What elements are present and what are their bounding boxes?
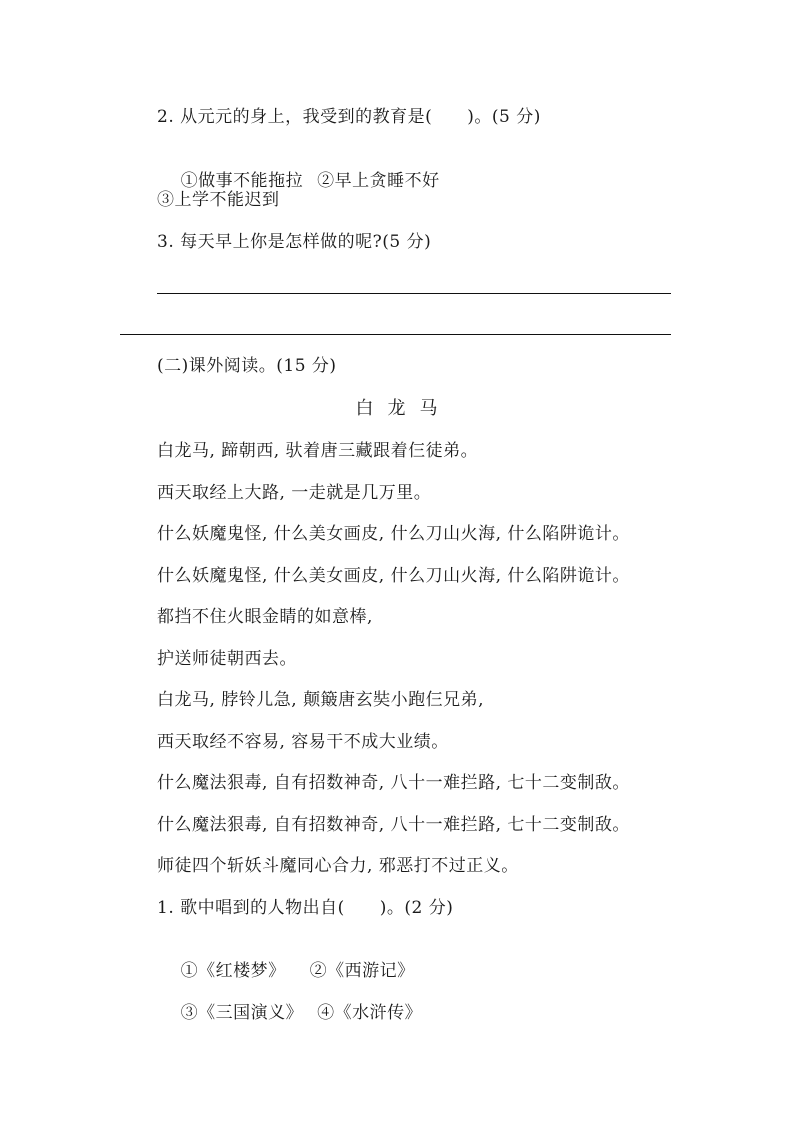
poem-line: 什么妖魔鬼怪, 什么美女画皮, 什么刀山火海, 什么陷阱诡计。 (157, 565, 630, 587)
poem-line: 什么魔法狠毒, 自有招数神奇, 八十一难拦路, 七十二变制敌。 (157, 772, 630, 794)
poem-line: 师徒四个斩妖斗魔同心合力, 邪恶打不过正义。 (157, 855, 519, 877)
poem-line: 护送师徒朝西去。 (157, 648, 297, 670)
poem-title: 白龙马 (0, 398, 793, 420)
poem-line: 什么妖魔鬼怪, 什么美女画皮, 什么刀山火海, 什么陷阱诡计。 (157, 523, 630, 545)
question-2-option-2: ②早上贪睡不好 (317, 171, 440, 191)
reading-question-1-text: 1. 歌中唱到的人物出自( )。(2 分) (157, 897, 453, 919)
poem-line: 白龙马, 蹄朝西, 驮着唐三藏跟着仨徒弟。 (157, 440, 478, 462)
reading-question-1-option-4: ④《水浒传》 (317, 1003, 422, 1023)
section-divider (120, 334, 671, 335)
reading-question-1-option-3: ③《三国演义》 (181, 1003, 304, 1023)
question-3-text: 3. 每天早上你是怎样做的呢?(5 分) (157, 231, 431, 253)
poem-line: 白龙马, 脖铃儿急, 颠簸唐玄奘小跑仨兄弟, (157, 689, 484, 711)
section-heading: (二)课外阅读。(15 分) (157, 355, 337, 377)
poem-line: 西天取经上大路, 一走就是几万里。 (157, 482, 431, 504)
reading-question-1-option-2: ②《西游记》 (310, 961, 415, 981)
poem-line: 都挡不住火眼金睛的如意棒, (157, 606, 373, 628)
reading-question-1-options-row-2: ③《三国演义》④《水浒传》 (157, 980, 422, 1046)
question-2-option-1: ①做事不能拖拉 (181, 171, 304, 191)
answer-line[interactable] (157, 293, 671, 294)
reading-question-1-option-1: ①《红楼梦》 (181, 961, 286, 981)
question-2-text: 2. 从元元的身上，我受到的教育是( )。(5 分) (157, 106, 541, 128)
question-2-option-3: ③上学不能迟到 (157, 189, 280, 211)
poem-line: 什么魔法狠毒, 自有招数神奇, 八十一难拦路, 七十二变制敌。 (157, 814, 630, 836)
poem-line: 西天取经不容易, 容易干不成大业绩。 (157, 731, 449, 753)
